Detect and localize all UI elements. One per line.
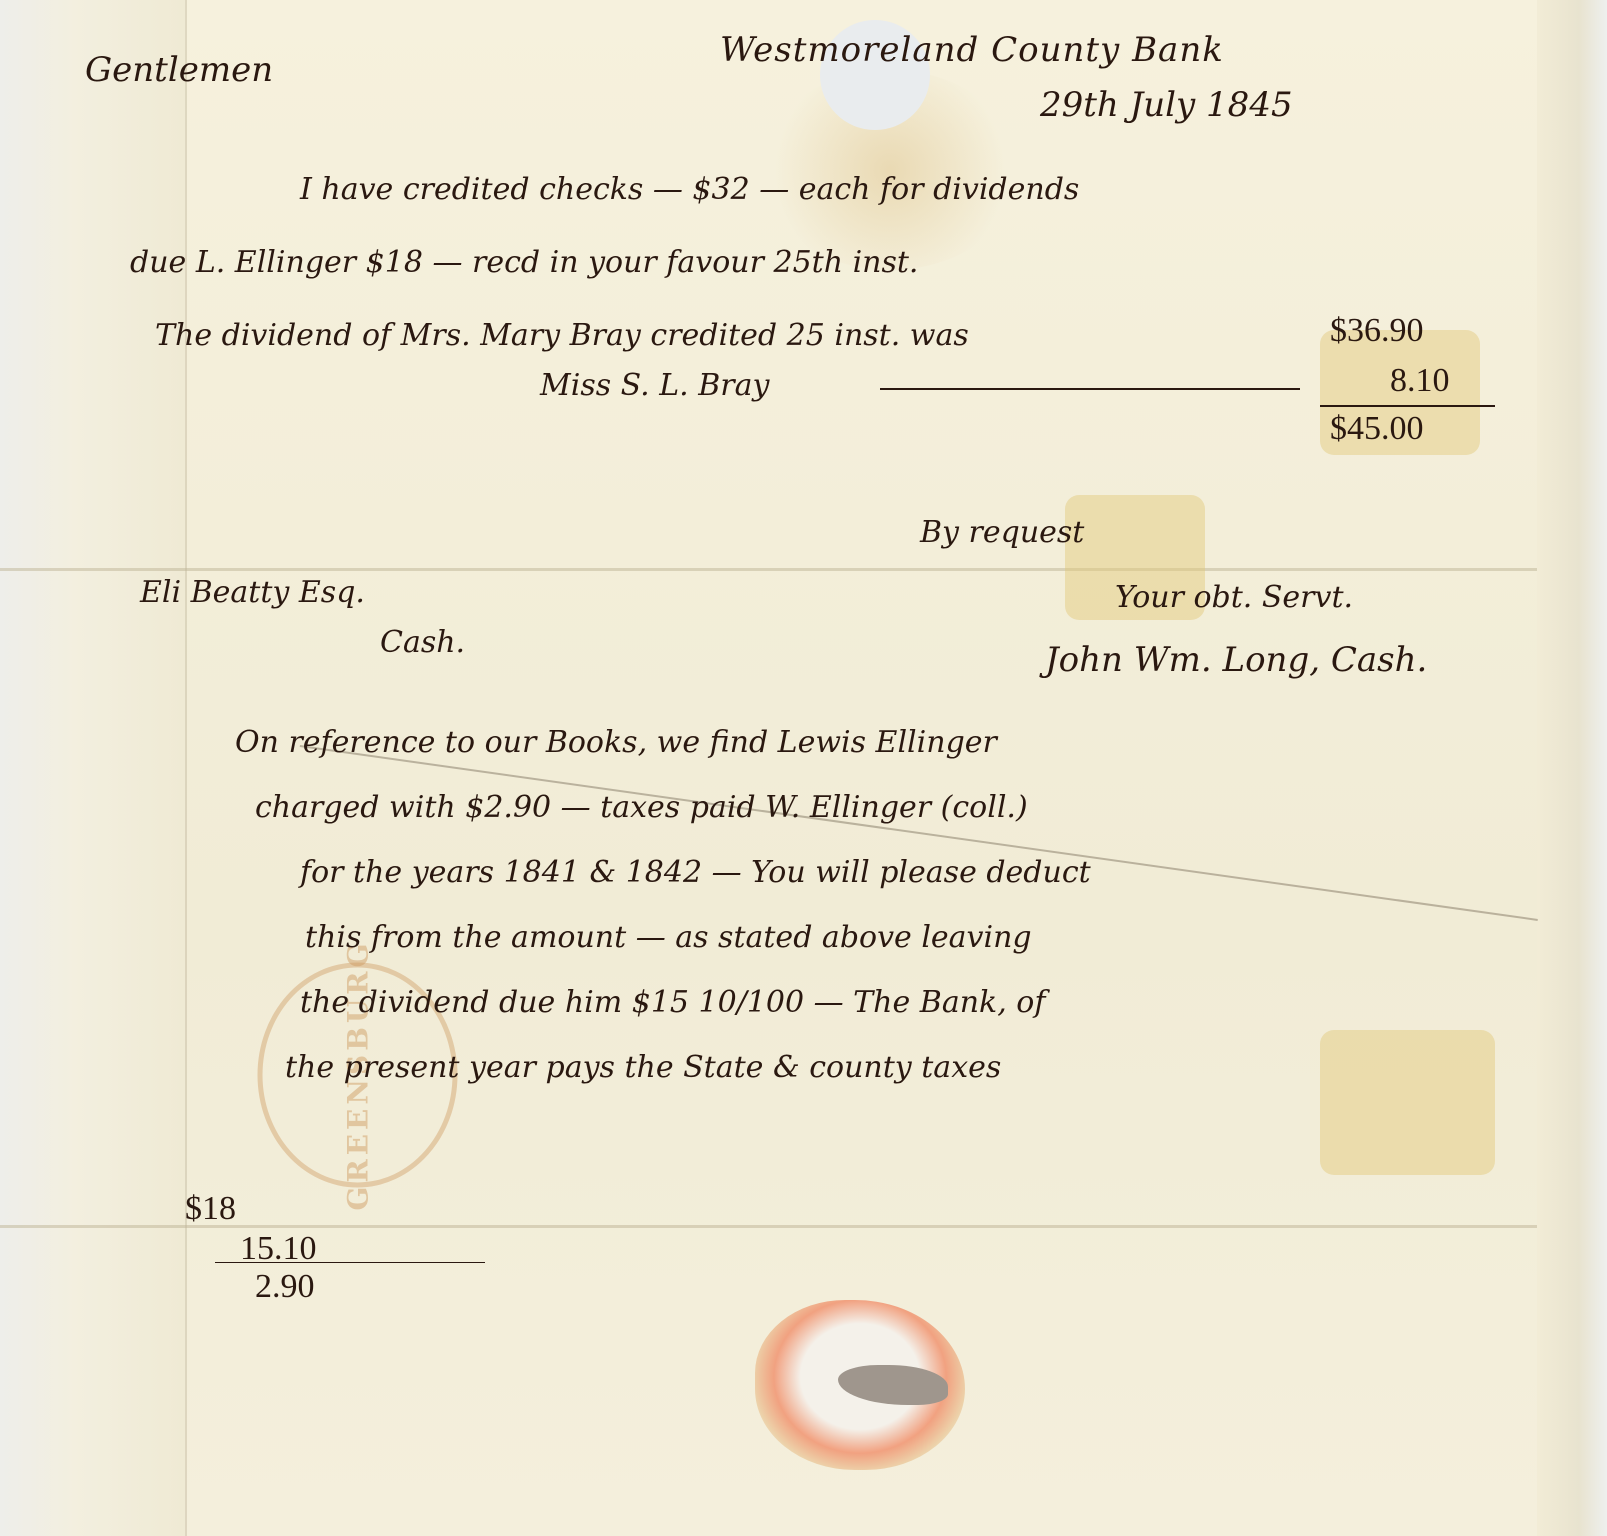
- body-line: the present year pays the State & county…: [285, 1050, 1001, 1085]
- torn-right-edge: [1537, 0, 1607, 1536]
- leader-line: [880, 388, 1300, 390]
- dividend-amount: $36.90: [1330, 312, 1424, 350]
- signature: John Wm. Long, Cash.: [1045, 640, 1427, 680]
- calc-rule: [215, 1262, 485, 1263]
- dividend-amount: 8.10: [1390, 362, 1450, 400]
- body-line: I have credited checks — $32 — each for …: [300, 172, 1079, 207]
- vertical-fold-line: [185, 0, 187, 1536]
- letter-date: 29th July 1845: [1040, 85, 1293, 125]
- body-line: for the years 1841 & 1842 — You will ple…: [300, 855, 1091, 890]
- addressee-name: Eli Beatty Esq.: [140, 575, 365, 610]
- horizontal-fold-line: [0, 568, 1607, 571]
- closing-line: By request: [920, 515, 1084, 550]
- salutation: Gentlemen: [85, 50, 273, 90]
- body-line: the dividend due him $15 10/100 — The Ba…: [300, 985, 1045, 1020]
- body-line: due L. Ellinger $18 — recd in your favou…: [130, 245, 918, 280]
- dividend-total: $45.00: [1330, 410, 1424, 448]
- sum-rule: [1320, 405, 1495, 407]
- addressee-title: Cash.: [380, 625, 465, 660]
- left-fold-panel: [0, 0, 185, 1536]
- horizontal-fold-line: [0, 1225, 1607, 1228]
- body-line: charged with $2.90 — taxes paid W. Ellin…: [255, 790, 1028, 825]
- body-line: On reference to our Books, we find Lewis…: [235, 725, 997, 760]
- bank-name: Westmoreland County Bank: [720, 30, 1224, 70]
- margin-calc-result: 2.90: [255, 1268, 315, 1306]
- tape-patch: [1320, 1030, 1495, 1175]
- dividend-label: Miss S. L. Bray: [540, 368, 769, 403]
- dividend-label: The dividend of Mrs. Mary Bray credited …: [155, 318, 969, 353]
- body-line: this from the amount — as stated above l…: [305, 920, 1032, 955]
- margin-calc-line: $18: [185, 1190, 236, 1228]
- closing-line: Your obt. Servt.: [1115, 580, 1353, 615]
